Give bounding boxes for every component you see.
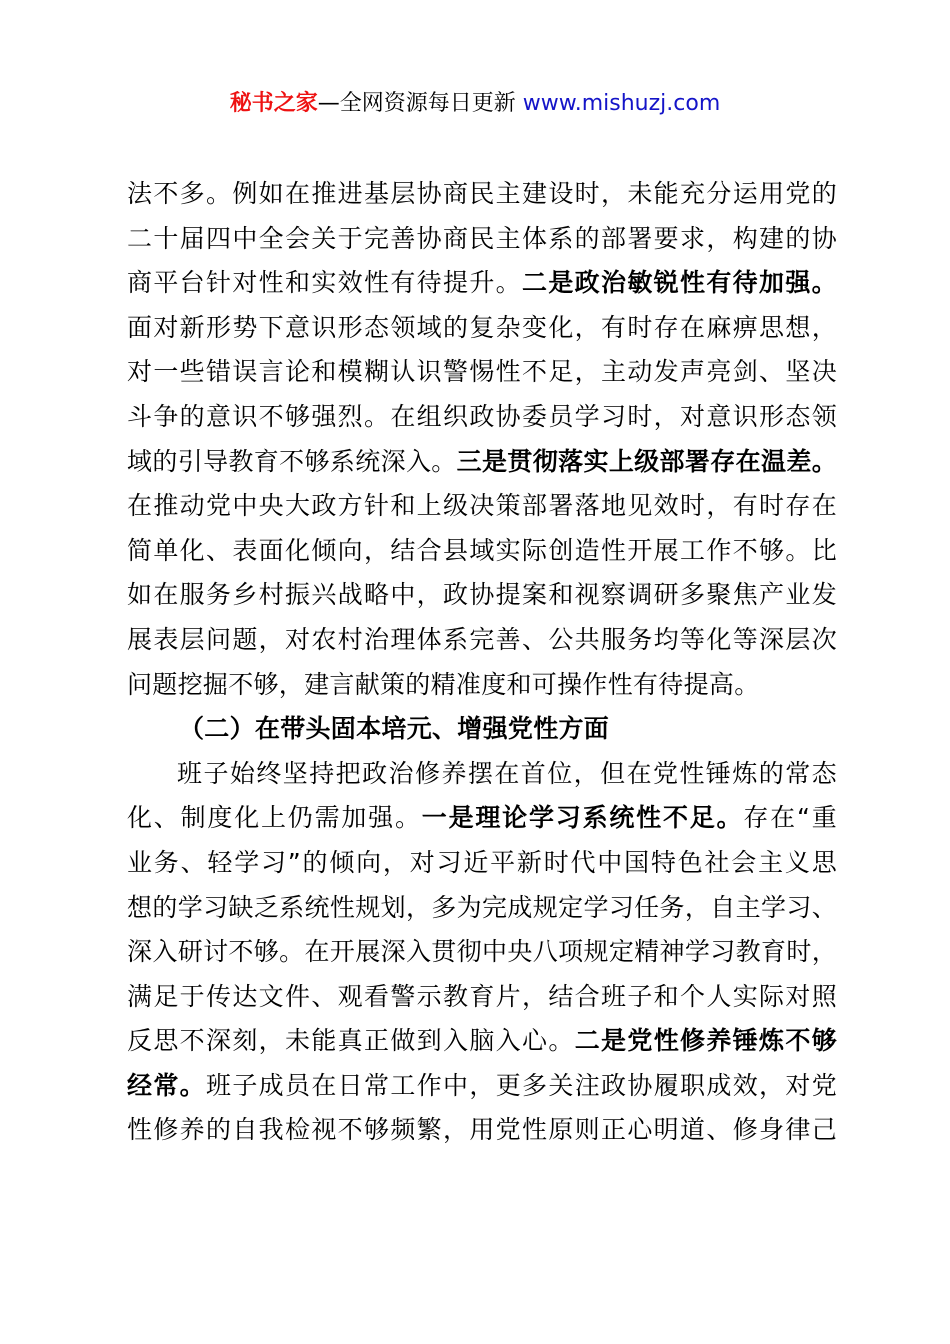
text-segment: 简单化、表面化倾向，结合县域实际创造性开展工作不够。比 (127, 536, 837, 565)
text-segment: 在推动党中央大政方针和上级决策部署落地见效时，有时存在 (127, 491, 837, 520)
paragraph-line: 反思不深刻，未能真正做到入脑入心。二是党性修养锤炼不够 (127, 1019, 837, 1064)
text-segment: 斗争的意识不够强烈。在组织政协委员学习时，对意识形态领 (127, 402, 837, 431)
text-segment: 班子始终坚持把政治修养摆在首位，但在党性锤炼的常态 (177, 759, 837, 788)
paragraph-line: 简单化、表面化倾向，结合县域实际创造性开展工作不够。比 (127, 529, 837, 574)
text-segment: 域的引导教育不够系统深入。 (127, 447, 457, 476)
bold-text: （二）在带头固本培元、增强党性方面 (179, 714, 609, 743)
bold-text: 经常。 (127, 1071, 206, 1100)
paragraph-line: 面对新形势下意识形态领域的复杂变化，有时存在麻痹思想， (127, 306, 837, 351)
paragraph-line: 深入研讨不够。在开展深入贯彻中央八项规定精神学习教育时， (127, 930, 837, 975)
paragraph-line: 展表层问题，对农村治理体系完善、公共服务均等化等深层次 (127, 618, 837, 663)
text-segment: 存在“重 (743, 803, 837, 832)
bold-text: 二是党性修养锤炼不够 (575, 1026, 837, 1055)
text-segment: 想的学习缺乏系统性规划，多为完成规定学习任务，自主学习、 (127, 893, 837, 922)
bold-text: 二是政治敏锐性有待加强。 (522, 268, 837, 297)
paragraph-line: 想的学习缺乏系统性规划，多为完成规定学习任务，自主学习、 (127, 886, 837, 931)
text-segment: 展表层问题，对农村治理体系完善、公共服务均等化等深层次 (127, 625, 837, 654)
paragraph-line: 经常。班子成员在日常工作中，更多关注政协履职成效，对党 (127, 1064, 837, 1109)
text-segment: 满足于传达文件、观看警示教育片，结合班子和个人实际对照 (127, 982, 837, 1011)
paragraph-line: 二十届四中全会关于完善协商民主体系的部署要求，构建的协 (127, 217, 837, 262)
paragraph-line: 性修养的自我检视不够频繁，用党性原则正心明道、修身律己 (127, 1108, 837, 1153)
header-tagline: —全网资源每日更新 (318, 91, 523, 116)
site-url: www.mishuzj.com (523, 91, 720, 116)
watermark-header: 秘书之家—全网资源每日更新 www.mishuzj.com (0, 88, 950, 120)
paragraph-line: 在推动党中央大政方针和上级决策部署落地见效时，有时存在 (127, 484, 837, 529)
paragraph-line: 化、制度化上仍需加强。一是理论学习系统性不足。存在“重 (127, 796, 837, 841)
paragraph-line: 法不多。例如在推进基层协商民主建设时，未能充分运用党的 (127, 172, 837, 217)
text-segment: 面对新形势下意识形态领域的复杂变化，有时存在麻痹思想， (127, 313, 837, 342)
brand-name: 秘书之家 (230, 91, 318, 116)
paragraph-line: 域的引导教育不够系统深入。三是贯彻落实上级部署存在温差。 (127, 440, 837, 485)
text-segment: 如在服务乡村振兴战略中，政协提案和视察调研多聚焦产业发 (127, 580, 837, 609)
paragraph-line: 如在服务乡村振兴战略中，政协提案和视察调研多聚焦产业发 (127, 573, 837, 618)
paragraph-line: 业务、轻学习”的倾向，对习近平新时代中国特色社会主义思 (127, 841, 837, 886)
text-segment: 深入研讨不够。在开展深入贯彻中央八项规定精神学习教育时， (127, 937, 837, 966)
paragraph-line: 斗争的意识不够强烈。在组织政协委员学习时，对意识形态领 (127, 395, 837, 440)
text-segment: 商平台针对性和实效性有待提升。 (127, 268, 522, 297)
text-segment: 班子成员在日常工作中，更多关注政协履职成效，对党 (206, 1071, 837, 1100)
bold-text: 三是贯彻落实上级部署存在温差。 (457, 447, 837, 476)
paragraph-line: 满足于传达文件、观看警示教育片，结合班子和个人实际对照 (127, 975, 837, 1020)
paragraph-line: 班子始终坚持把政治修养摆在首位，但在党性锤炼的常态 (127, 752, 837, 797)
text-segment: 对一些错误言论和模糊认识警惕性不足，主动发声亮剑、坚决 (127, 357, 837, 386)
text-segment: 法不多。例如在推进基层协商民主建设时，未能充分运用党的 (127, 179, 837, 208)
text-segment: 业务、轻学习”的倾向，对习近平新时代中国特色社会主义思 (127, 848, 837, 877)
section-heading: （二）在带头固本培元、增强党性方面 (127, 707, 837, 752)
text-segment: 化、制度化上仍需加强。 (127, 803, 422, 832)
paragraph-line: 问题挖掘不够，建言献策的精准度和可操作性有待提高。 (127, 663, 837, 708)
bold-text: 一是理论学习系统性不足。 (422, 803, 744, 832)
text-segment: 反思不深刻，未能真正做到入脑入心。 (127, 1026, 575, 1055)
text-segment: 性修养的自我检视不够频繁，用党性原则正心明道、修身律己 (127, 1115, 837, 1144)
document-body: 法不多。例如在推进基层协商民主建设时，未能充分运用党的二十届四中全会关于完善协商… (127, 172, 837, 1153)
paragraph-line: 对一些错误言论和模糊认识警惕性不足，主动发声亮剑、坚决 (127, 350, 837, 395)
paragraph-line: 商平台针对性和实效性有待提升。二是政治敏锐性有待加强。 (127, 261, 837, 306)
text-segment: 二十届四中全会关于完善协商民主体系的部署要求，构建的协 (127, 224, 837, 253)
text-segment: 问题挖掘不够，建言献策的精准度和可操作性有待提高。 (127, 670, 760, 699)
